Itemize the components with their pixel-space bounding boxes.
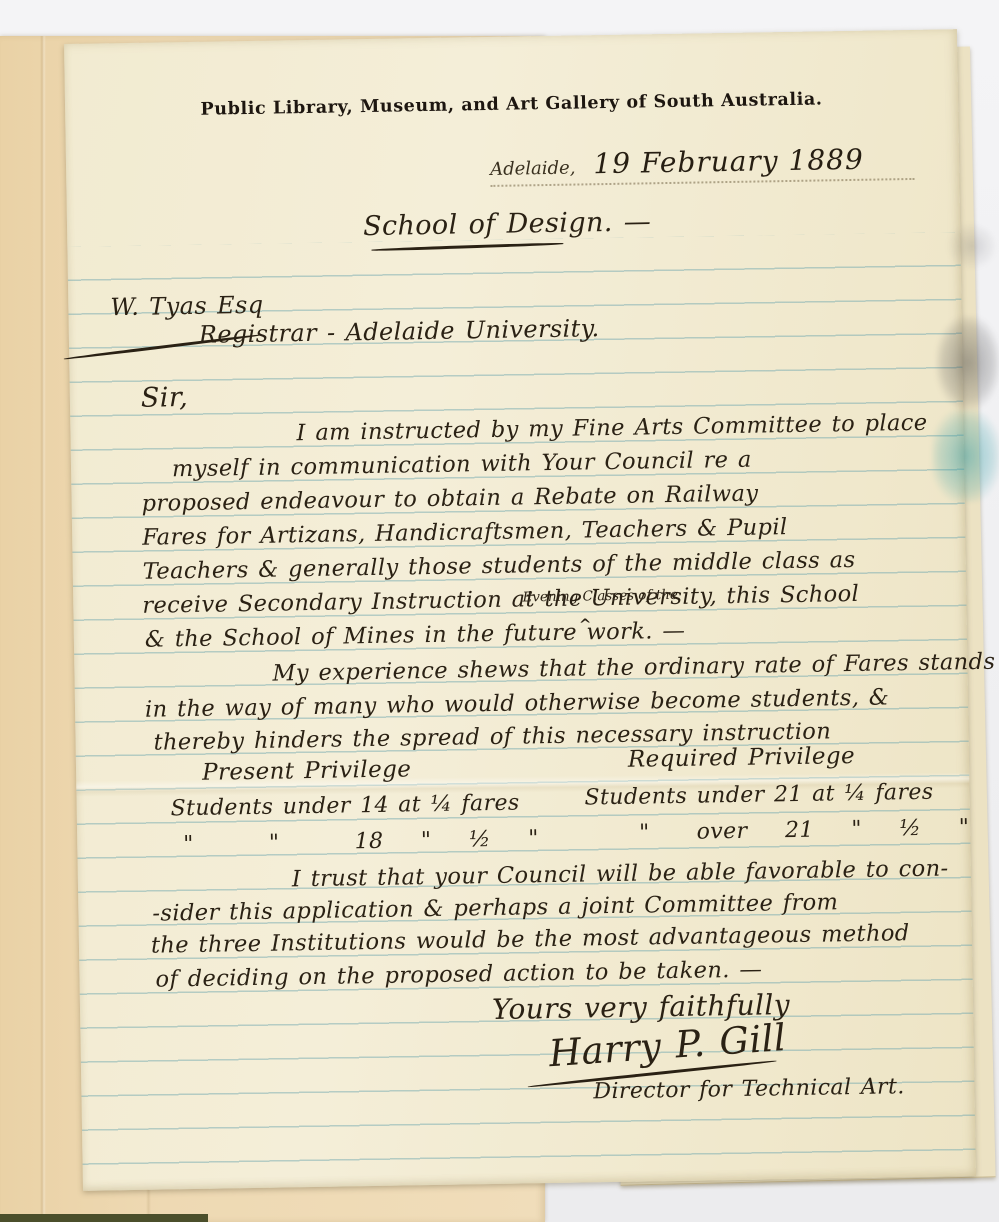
ink-smudge-gray xyxy=(936,316,999,410)
handwritten-date: 19 February 1889 xyxy=(593,143,864,180)
signoff-title: Director for Technical Art. xyxy=(593,1074,905,1104)
ink-smudge-gray xyxy=(946,222,998,270)
subject-line: School of Design. — xyxy=(363,206,652,242)
dateline: Adelaide, 19 February 1889 xyxy=(490,142,915,187)
insertion-text: Evening Classes of the xyxy=(522,587,678,606)
required-privilege-header: Required Privilege xyxy=(628,743,856,773)
fold-crease xyxy=(40,36,46,1222)
scanned-letter: Public Library, Museum, and Art Gallery … xyxy=(0,0,999,1222)
ink-smudge-teal xyxy=(932,410,999,502)
salutation: Sir, xyxy=(141,382,189,414)
printed-place-label: Adelaide, xyxy=(490,158,576,180)
scan-edge-strip xyxy=(0,1214,208,1222)
letterhead-title: Public Library, Museum, and Art Gallery … xyxy=(65,87,958,122)
present-privilege-header: Present Privilege xyxy=(202,756,412,785)
letter-page: Public Library, Museum, and Art Gallery … xyxy=(64,29,976,1191)
recipient-name: W. Tyas Esq xyxy=(110,291,264,322)
